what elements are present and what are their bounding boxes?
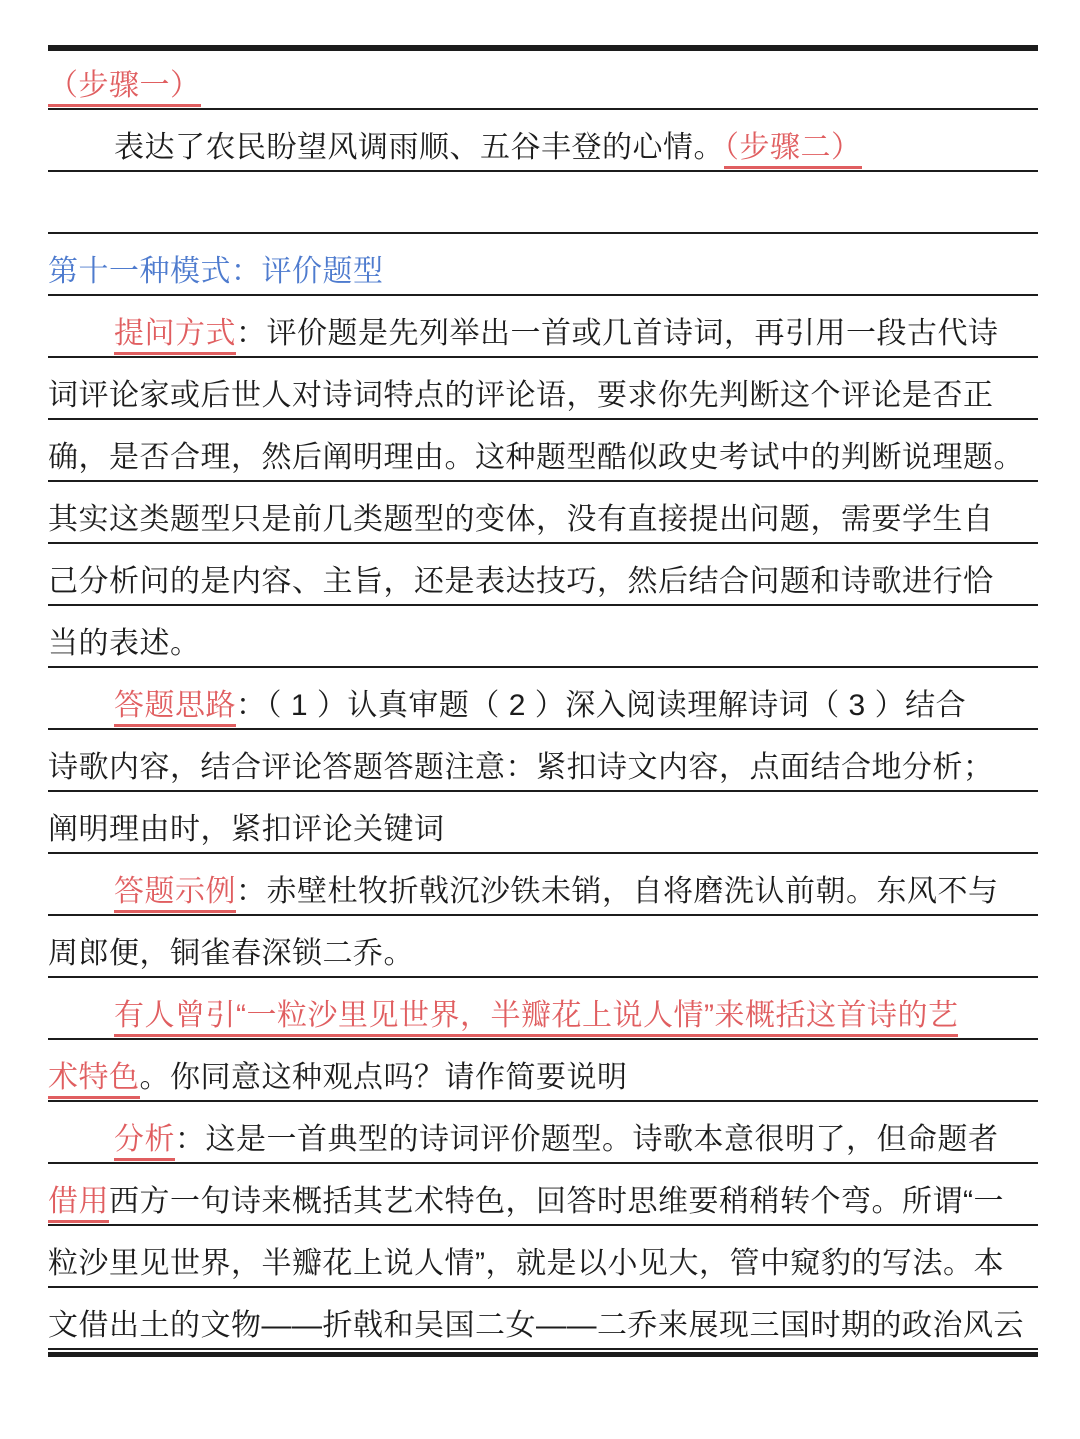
- line-text: 答题示例：赤壁杜牧折戟沉沙铁未销，自将磨洗认前朝。东风不与: [114, 875, 999, 910]
- text-segment: 周郎便，铜雀春深锁二乔。: [48, 937, 414, 970]
- highlighted-text-segment: 第十一种模式：评价题型: [48, 255, 384, 288]
- text-segment: 表达了农民盼望风调雨顺、五谷丰登的心情。: [114, 131, 724, 164]
- text-segment: 西方一句诗来概括其艺术特色，回答时思维要稍稍转个弯。所谓“一: [109, 1185, 1004, 1218]
- text-line: 己分析问的是内容、主旨，还是表达技巧，然后结合问题和诗歌进行恰: [48, 544, 1038, 606]
- text-line: 借用西方一句诗来概括其艺术特色，回答时思维要稍稍转个弯。所谓“一: [48, 1164, 1038, 1226]
- highlighted-text-segment: 借用: [48, 1185, 109, 1223]
- text-segment: 其实这类题型只是前几类题型的变体，没有直接提出问题，需要学生自: [48, 503, 994, 536]
- line-text: （步骤一）: [48, 69, 201, 104]
- line-text: 有人曾引“一粒沙里见世界，半瓣花上说人情”来概括这首诗的艺: [114, 999, 958, 1034]
- text-line: 确，是否合理，然后阐明理由。这种题型酷似政史考试中的判断说理题。: [48, 420, 1038, 482]
- text-line: 答题示例：赤壁杜牧折戟沉沙铁未销，自将磨洗认前朝。东风不与: [48, 854, 1038, 916]
- text-line: （步骤一）: [48, 51, 1038, 110]
- ruled-sheet: （步骤一） 表达了农民盼望风调雨顺、五谷丰登的心情。（步骤二） 第十一种模式：评…: [48, 45, 1038, 1357]
- highlighted-text-segment: 答题思路: [114, 689, 236, 727]
- line-text: 其实这类题型只是前几类题型的变体，没有直接提出问题，需要学生自: [48, 503, 994, 538]
- text-line: 粒沙里见世界，半瓣花上说人情”，就是以小见大，管中窥豹的写法。本: [48, 1226, 1038, 1288]
- text-line: 答题思路：（ 1 ）认真审题（ 2 ）深入阅读理解诗词（ 3 ）结合: [48, 668, 1038, 730]
- text-segment: 粒沙里见世界，半瓣花上说人情”，就是以小见大，管中窥豹的写法。本: [48, 1247, 1004, 1280]
- line-text: 答题思路：（ 1 ）认真审题（ 2 ）深入阅读理解诗词（ 3 ）结合: [114, 689, 966, 724]
- line-text: 己分析问的是内容、主旨，还是表达技巧，然后结合问题和诗歌进行恰: [48, 565, 994, 600]
- line-text: 当的表述。: [48, 627, 201, 662]
- text-segment: 诗歌内容，结合评论答题答题注意：紧扣诗文内容，点面结合地分析；: [48, 751, 994, 784]
- highlighted-text-segment: 分析: [114, 1123, 175, 1161]
- text-segment: 确，是否合理，然后阐明理由。这种题型酷似政史考试中的判断说理题。: [48, 441, 1024, 474]
- line-text: 周郎便，铜雀春深锁二乔。: [48, 937, 414, 972]
- highlighted-text-segment: （步骤二）: [724, 131, 862, 169]
- bottom-border-line: [48, 1352, 1038, 1357]
- text-segment: 文借出土的文物——折戟和吴国二女——二乔来展现三国时期的政治风云: [48, 1309, 1024, 1342]
- text-line: 文借出土的文物——折戟和吴国二女——二乔来展现三国时期的政治风云: [48, 1288, 1038, 1350]
- line-text: 表达了农民盼望风调雨顺、五谷丰登的心情。（步骤二）: [114, 131, 862, 166]
- text-line: 周郎便，铜雀春深锁二乔。: [48, 916, 1038, 978]
- line-text: 粒沙里见世界，半瓣花上说人情”，就是以小见大，管中窥豹的写法。本: [48, 1247, 1004, 1282]
- text-segment: 词评论家或后世人对诗词特点的评论语，要求你先判断这个评论是否正: [48, 379, 994, 412]
- text-line: 分析：这是一首典型的诗词评价题型。诗歌本意很明了，但命题者: [48, 1102, 1038, 1164]
- text-line: 提问方式：评价题是先列举出一首或几首诗词，再引用一段古代诗: [48, 296, 1038, 358]
- lines-container: （步骤一） 表达了农民盼望风调雨顺、五谷丰登的心情。（步骤二） 第十一种模式：评…: [48, 51, 1038, 1350]
- text-line: 当的表述。: [48, 606, 1038, 668]
- highlighted-text-segment: 术特色: [48, 1061, 140, 1099]
- highlighted-text-segment: 有人曾引“一粒沙里见世界，半瓣花上说人情”来概括这首诗的艺: [114, 999, 958, 1037]
- text-line: 诗歌内容，结合评论答题答题注意：紧扣诗文内容，点面结合地分析；: [48, 730, 1038, 792]
- highlighted-text-segment: 提问方式: [114, 317, 236, 355]
- text-line: 第十一种模式：评价题型: [48, 234, 1038, 296]
- text-line: 阐明理由时，紧扣评论关键词: [48, 792, 1038, 854]
- text-segment: 当的表述。: [48, 627, 201, 660]
- text-line: 其实这类题型只是前几类题型的变体，没有直接提出问题，需要学生自: [48, 482, 1038, 544]
- line-text: 分析：这是一首典型的诗词评价题型。诗歌本意很明了，但命题者: [114, 1123, 999, 1158]
- notes-page: （步骤一） 表达了农民盼望风调雨顺、五谷丰登的心情。（步骤二） 第十一种模式：评…: [0, 0, 1080, 1439]
- text-line: 有人曾引“一粒沙里见世界，半瓣花上说人情”来概括这首诗的艺: [48, 978, 1038, 1040]
- text-segment: 己分析问的是内容、主旨，还是表达技巧，然后结合问题和诗歌进行恰: [48, 565, 994, 598]
- line-text: 提问方式：评价题是先列举出一首或几首诗词，再引用一段古代诗: [114, 317, 999, 352]
- highlighted-text-segment: 答题示例: [114, 875, 236, 913]
- line-text: 诗歌内容，结合评论答题答题注意：紧扣诗文内容，点面结合地分析；: [48, 751, 994, 786]
- text-segment: 阐明理由时，紧扣评论关键词: [48, 813, 445, 846]
- text-line: 术特色。你同意这种观点吗？请作简要说明: [48, 1040, 1038, 1102]
- line-text: 阐明理由时，紧扣评论关键词: [48, 813, 445, 848]
- text-line: 表达了农民盼望风调雨顺、五谷丰登的心情。（步骤二）: [48, 110, 1038, 172]
- text-segment: ：赤壁杜牧折戟沉沙铁未销，自将磨洗认前朝。东风不与: [236, 875, 999, 908]
- line-text: 确，是否合理，然后阐明理由。这种题型酷似政史考试中的判断说理题。: [48, 441, 1024, 476]
- text-segment: ：这是一首典型的诗词评价题型。诗歌本意很明了，但命题者: [175, 1123, 999, 1156]
- line-text: 术特色。你同意这种观点吗？请作简要说明: [48, 1061, 628, 1096]
- text-segment: ：评价题是先列举出一首或几首诗词，再引用一段古代诗: [236, 317, 999, 350]
- line-text: 文借出土的文物——折戟和吴国二女——二乔来展现三国时期的政治风云: [48, 1309, 1024, 1344]
- text-line: 词评论家或后世人对诗词特点的评论语，要求你先判断这个评论是否正: [48, 358, 1038, 420]
- line-text: 借用西方一句诗来概括其艺术特色，回答时思维要稍稍转个弯。所谓“一: [48, 1185, 1004, 1220]
- line-text: 词评论家或后世人对诗词特点的评论语，要求你先判断这个评论是否正: [48, 379, 994, 414]
- highlighted-text-segment: （步骤一）: [48, 69, 201, 107]
- text-segment: 。你同意这种观点吗？请作简要说明: [140, 1061, 628, 1094]
- text-segment: ：（ 1 ）认真审题（ 2 ）深入阅读理解诗词（ 3 ）结合: [236, 689, 966, 722]
- empty-ruled-line: [48, 172, 1038, 234]
- line-text: 第十一种模式：评价题型: [48, 255, 384, 290]
